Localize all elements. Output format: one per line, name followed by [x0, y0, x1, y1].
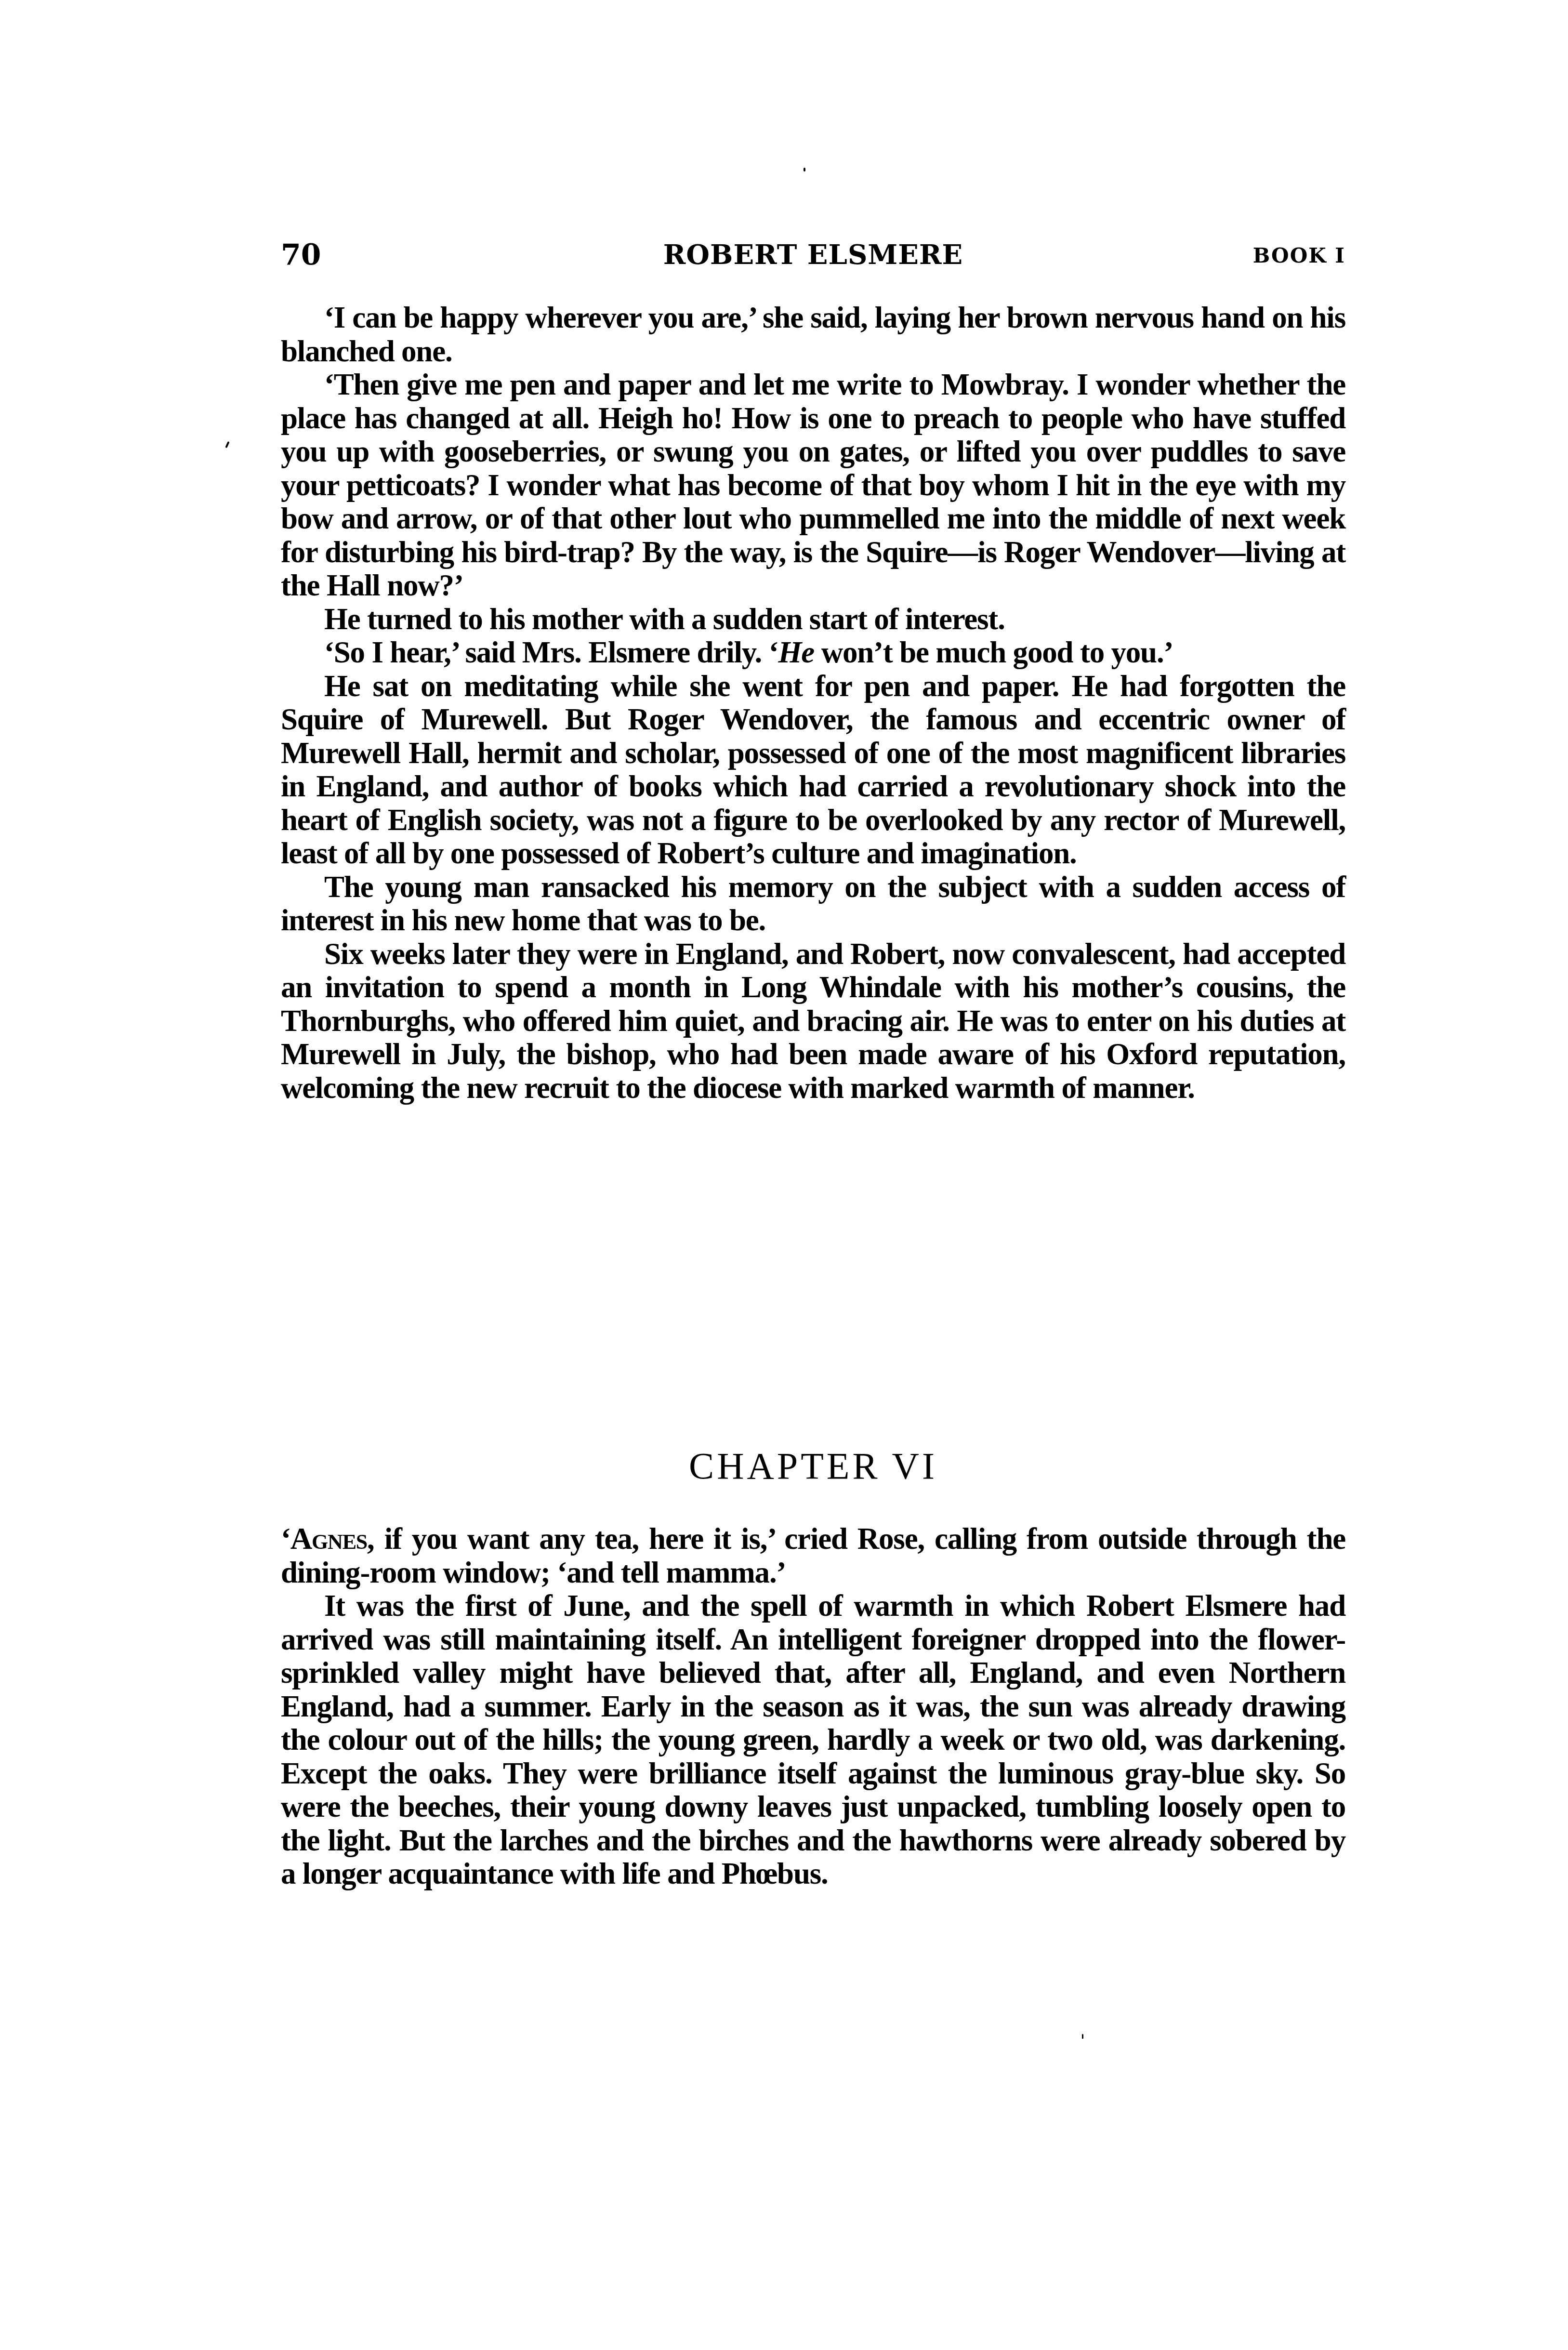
paragraph: He sat on meditating while she went for …	[281, 670, 1345, 871]
paragraph: Six weeks later they were in England, an…	[281, 937, 1345, 1105]
paragraph: He turned to his mother with a sudden st…	[281, 603, 1345, 636]
paragraph: The young man ransacked his memory on th…	[281, 871, 1345, 937]
scan-speck	[225, 441, 230, 448]
paragraph: ‘So I hear,’ said Mrs. Elsmere drily. ‘H…	[281, 636, 1345, 670]
paragraph: It was the first of June, and the spell …	[281, 1589, 1345, 1891]
book-page: 70 ROBERT ELSMERE BOOK I ‘I can be happy…	[0, 0, 1568, 2350]
scan-speck	[804, 168, 805, 172]
smallcaps-name: Agnes	[290, 1522, 367, 1556]
body-text-section-2: ‘Agnes, if you want any tea, here it is,…	[281, 1522, 1345, 1891]
book-label: BOOK I	[1253, 239, 1345, 273]
text-run: ‘	[281, 1522, 290, 1556]
paragraph: ‘Agnes, if you want any tea, here it is,…	[281, 1522, 1345, 1589]
body-text-section-1: ‘I can be happy wherever you are,’ she s…	[281, 301, 1345, 1105]
text-run: won’t be much good to you.’	[814, 635, 1173, 669]
book-title: ROBERT ELSMERE	[281, 238, 1345, 272]
chapter-heading: CHAPTER VI	[281, 1444, 1345, 1488]
italic-text: He	[778, 635, 815, 669]
text-run: ‘So I hear,’ said Mrs. Elsmere drily. ‘	[324, 635, 778, 669]
running-head: 70 ROBERT ELSMERE BOOK I	[281, 238, 1345, 272]
scan-speck	[1082, 2034, 1083, 2039]
paragraph: ‘I can be happy wherever you are,’ she s…	[281, 301, 1345, 368]
paragraph: ‘Then give me pen and paper and let me w…	[281, 368, 1345, 603]
text-run: , if you want any tea, here it is,’ crie…	[281, 1522, 1345, 1589]
